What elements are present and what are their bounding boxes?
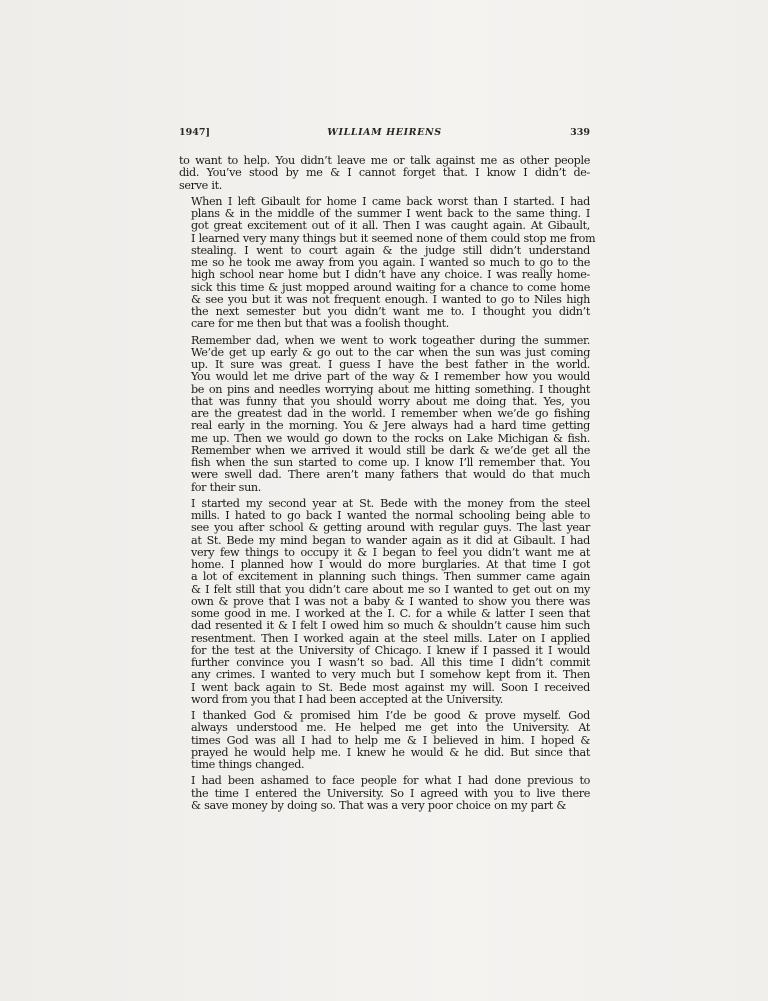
text-line: at St. Bede my mind began to wander agai… (179, 535, 590, 547)
text-line: for their sun. (179, 482, 590, 494)
scanned-page: 1947] WILLIAM HEIRENS 339 to want to hel… (0, 0, 768, 1001)
text-line: always understood me. He helped me get i… (179, 722, 590, 734)
text-line: me up. Then we would go down to the rock… (179, 433, 590, 445)
text-line: resentment. Then I worked again at the s… (179, 633, 590, 645)
text-line: serve it. (179, 180, 590, 192)
text-line: high school near home but I didn’t have … (179, 269, 590, 281)
text-line: I went back again to St. Bede most again… (179, 682, 590, 694)
body-text: to want to help. You didn’t leave me or … (179, 155, 590, 812)
paragraph: I thanked God & promised him I’de be goo… (179, 710, 590, 771)
text-line: & save money by doing so. That was a ver… (179, 800, 590, 812)
text-line: Remember dad, when we went to work togea… (179, 335, 590, 347)
text-line: You would let me drive part of the way &… (179, 371, 590, 383)
running-header: 1947] WILLIAM HEIRENS 339 (179, 127, 590, 141)
paragraph: I had been ashamed to face people for wh… (179, 775, 590, 812)
text-line: a lot of excitement in planning such thi… (179, 571, 590, 583)
text-line: & I felt still that you didn’t care abou… (179, 584, 590, 596)
text-line: I had been ashamed to face people for wh… (179, 775, 590, 787)
text-line: did. You’ve stood by me & I cannot forge… (179, 167, 590, 179)
text-line: word from you that I had been accepted a… (179, 694, 590, 706)
text-line: any crimes. I wanted to very much but I … (179, 669, 590, 681)
text-line: care for me then but that was a foolish … (179, 318, 590, 330)
paragraph: I started my second year at St. Bede wit… (179, 498, 590, 706)
text-line: got great excitement out of it all. Then… (179, 220, 590, 232)
header-title: WILLIAM HEIRENS (179, 127, 590, 138)
text-line: the time I entered the University. So I … (179, 788, 590, 800)
text-line: time things changed. (179, 759, 590, 771)
text-line: times God was all I had to help me & I b… (179, 735, 590, 747)
paragraph: When I left Gibault for home I came back… (179, 196, 590, 331)
text-line: be on pins and needles worrying about me… (179, 384, 590, 396)
paragraph: to want to help. You didn’t leave me or … (179, 155, 590, 192)
text-line: sick this time & just mopped around wait… (179, 282, 590, 294)
text-line: dad resented it & I felt I owed him so m… (179, 620, 590, 632)
page-number: 339 (570, 127, 590, 138)
text-line: were swell dad. There aren’t many father… (179, 469, 590, 481)
text-line: I learned very many things but it seemed… (179, 233, 590, 245)
text-line: real early in the morning. You & Jere al… (179, 420, 590, 432)
paragraph: Remember dad, when we went to work togea… (179, 335, 590, 494)
text-line: see you after school & getting around wi… (179, 522, 590, 534)
